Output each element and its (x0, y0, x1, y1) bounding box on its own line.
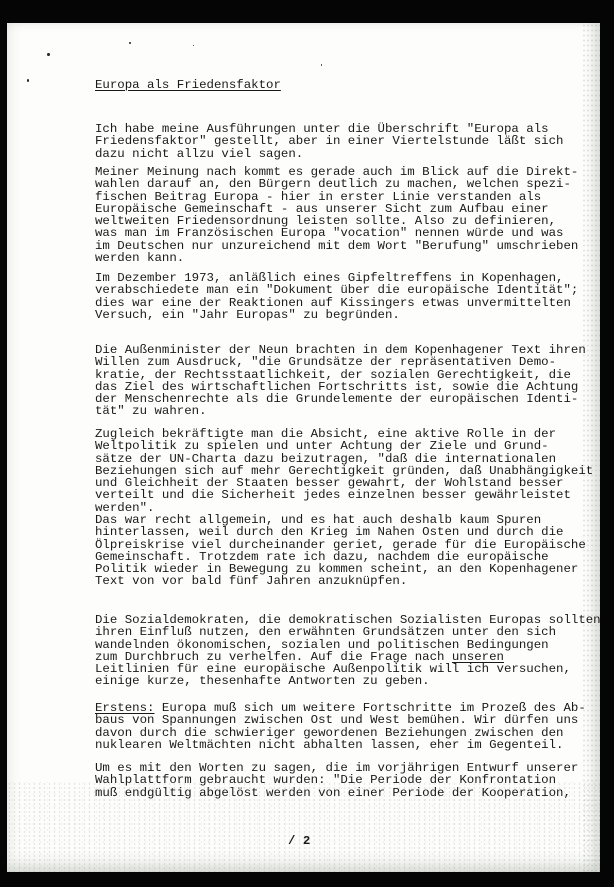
document-title: Europa als Friedensfaktor (95, 79, 281, 91)
text-line: werden kann. (95, 252, 578, 264)
text-line: verteilt und die Sicherheit jedes einzel… (95, 489, 593, 501)
text-line: Willen zum Ausdruck, "die Grundsätze der… (95, 356, 586, 368)
text-line: hinterlassen, weil durch den Krieg im Na… (95, 526, 586, 538)
text-line: wahlen darauf an, den Bürgern deutlich z… (95, 178, 578, 190)
text-line: baus von Spannungen zwischen Ost und Wes… (95, 714, 586, 726)
text-line: ihren Einfluß nutzen, den erwähnten Grun… (95, 626, 601, 638)
scan-speck (321, 64, 322, 66)
paragraph: Das war recht allgemein, und es hat auch… (95, 514, 586, 588)
scan-speck (27, 79, 29, 82)
text-line: Friedensfaktor" gestellt, aber in einer … (95, 135, 563, 147)
text-line: Wahlplattform gebraucht wurden: "Die Per… (95, 774, 578, 786)
scan-speck (47, 53, 50, 56)
paragraph: Um es mit den Worten zu sagen, die im vo… (95, 762, 578, 799)
paragraph: Die Sozialdemokraten, die demokratischen… (95, 614, 601, 688)
text-line: muß endgültig abgelöst werden von einer … (95, 787, 578, 799)
scan-speck (193, 45, 194, 46)
text-line: Weltpolitik zu spielen und unter Achtung… (95, 440, 593, 452)
text-line: Text von vor bald fünf Jahren anzuknüpfe… (95, 575, 586, 587)
scan-speck (129, 42, 131, 44)
text-line: einige kurze, thesenhafte Antworten zu g… (95, 675, 601, 687)
page-number: / 2 (288, 834, 310, 848)
text-line: tät" zu wahren. (95, 405, 586, 417)
paragraph: Die Außenminister der Neun brachten in d… (95, 344, 586, 418)
paragraph: Im Dezember 1973, anläßlich eines Gipfel… (95, 272, 578, 321)
text-line: nuklearen Weltmächten nicht abhalten las… (95, 739, 586, 751)
text-line: verabschiedete man ein "Dokument über di… (95, 284, 578, 296)
paragraph: Erstens: Europa muß sich um weitere Fort… (95, 702, 586, 751)
paragraph: Zugleich bekräftigte man die Absicht, ei… (95, 428, 593, 514)
text-line: Versuch, ein "Jahr Europas" zu begründen… (95, 309, 578, 321)
paragraph: Ich habe meine Ausführungen unter die Üb… (95, 123, 563, 160)
text-line: dazu nicht allzu viel sagen. (95, 148, 563, 160)
paragraph: Meiner Meinung nach kommt es gerade auch… (95, 166, 578, 264)
text-line: was man im Französischen Europa "vocatio… (95, 227, 578, 239)
